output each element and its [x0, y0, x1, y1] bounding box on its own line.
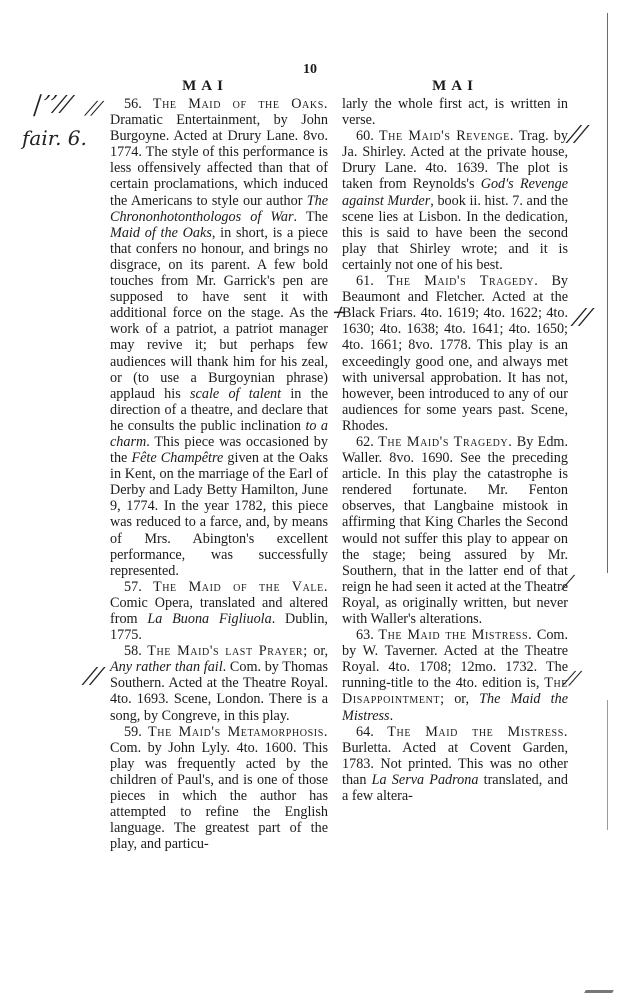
- left-column: 56. The Maid of the Oaks. Dramatic Enter…: [110, 96, 328, 852]
- entry-number: 62.: [356, 434, 374, 450]
- entry-italic: Maid of the Oaks,: [110, 225, 215, 241]
- entry-italic: La Serva Padrona: [372, 772, 479, 788]
- entry-body: Dramatic Entertainment, by John Burgoyne…: [110, 112, 328, 208]
- entry-title: The Maid's Tragedy.: [387, 273, 539, 289]
- entry-63: 63. The Maid the Mistress. Com. by W. Ta…: [342, 627, 568, 724]
- entry-body: Com. by John Lyly. 4to. 1600. This play …: [110, 740, 328, 853]
- entry-title: The Maid the Mistress.: [387, 724, 568, 740]
- entry-57: 57. The Maid of the Vale. Comic Opera, t…: [110, 579, 328, 643]
- entry-60: 60. The Maid's Revenge. Trag. by Ja. Shi…: [342, 128, 568, 273]
- entry-title: The Maid's Revenge.: [379, 128, 514, 144]
- handwritten-marks-icon: //: [571, 305, 594, 330]
- running-head-right: MAI: [345, 78, 565, 95]
- entry-number: 59.: [124, 724, 142, 740]
- entry-title: The Maid's last Prayer;: [147, 643, 308, 659]
- entry-number: 58.: [124, 643, 142, 659]
- entry-italic: Fête Champêtre: [131, 450, 223, 466]
- entry-62: 62. The Maid's Tragedy. By Edm. Waller. …: [342, 434, 568, 627]
- ink-smudge: [584, 990, 614, 993]
- entry-body: By Beaumont and Fletcher. Acted at the B…: [342, 273, 568, 434]
- entry-italic: Any rather than fail: [110, 659, 223, 675]
- page-number: 10: [0, 62, 620, 78]
- handwritten-marks-icon: //: [84, 98, 104, 119]
- entry-59: 59. The Maid's Metamorphosis. Com. by Jo…: [110, 724, 328, 853]
- entry-number: 64.: [356, 724, 374, 740]
- entry-italic: La Buona Figliuola: [147, 611, 271, 627]
- entry-body: By Edm. Waller. 8vo. 1690. See the prece…: [342, 434, 568, 627]
- entry-number: 60.: [356, 128, 374, 144]
- running-head-left: MAI: [95, 78, 315, 95]
- entry-number: 57.: [124, 579, 142, 595]
- entry-number: 63.: [356, 627, 374, 643]
- handwritten-marks-icon: //: [566, 122, 589, 147]
- entry-body: .: [390, 708, 394, 724]
- entry-56: 56. The Maid of the Oaks. Dramatic Enter…: [110, 96, 328, 579]
- entry-body: ; or,: [440, 691, 479, 707]
- entry-title: The Maid the Mistress.: [378, 627, 532, 643]
- page-edge-line: [607, 700, 608, 830]
- entry-title: The Maid of the Oaks.: [153, 96, 328, 112]
- entry-body: in short, is a piece that confers no hon…: [110, 225, 328, 402]
- handwritten-marks-icon: |’’//: [30, 92, 74, 117]
- entry-59-continuation: larly the whole first act, is written in…: [342, 96, 568, 128]
- entry-body: or,: [308, 643, 328, 659]
- entry-body: . The: [294, 209, 328, 225]
- entry-italic: scale of talent: [190, 386, 281, 402]
- entry-64: 64. The Maid the Mistress. Burletta. Act…: [342, 724, 568, 804]
- entry-61: 61. The Maid's Tragedy. By Beaumont and …: [342, 273, 568, 434]
- page-edge-line: [607, 13, 608, 573]
- entry-title: The Maid's Metamorphosis.: [148, 724, 328, 740]
- entry-number: 61.: [356, 273, 374, 289]
- entry-title: The Maid of the Vale.: [153, 579, 328, 595]
- entry-body: given at the Oaks in Kent, on the marria…: [110, 450, 328, 579]
- right-column: larly the whole first act, is written in…: [342, 96, 568, 804]
- handwritten-marks-icon: //: [82, 664, 105, 689]
- entry-title: The Maid's Tragedy.: [378, 434, 512, 450]
- entry-number: 56.: [124, 96, 142, 112]
- entry-58: 58. The Maid's last Prayer; or, Any rath…: [110, 643, 328, 723]
- handwritten-note: fair. 6.: [22, 126, 87, 150]
